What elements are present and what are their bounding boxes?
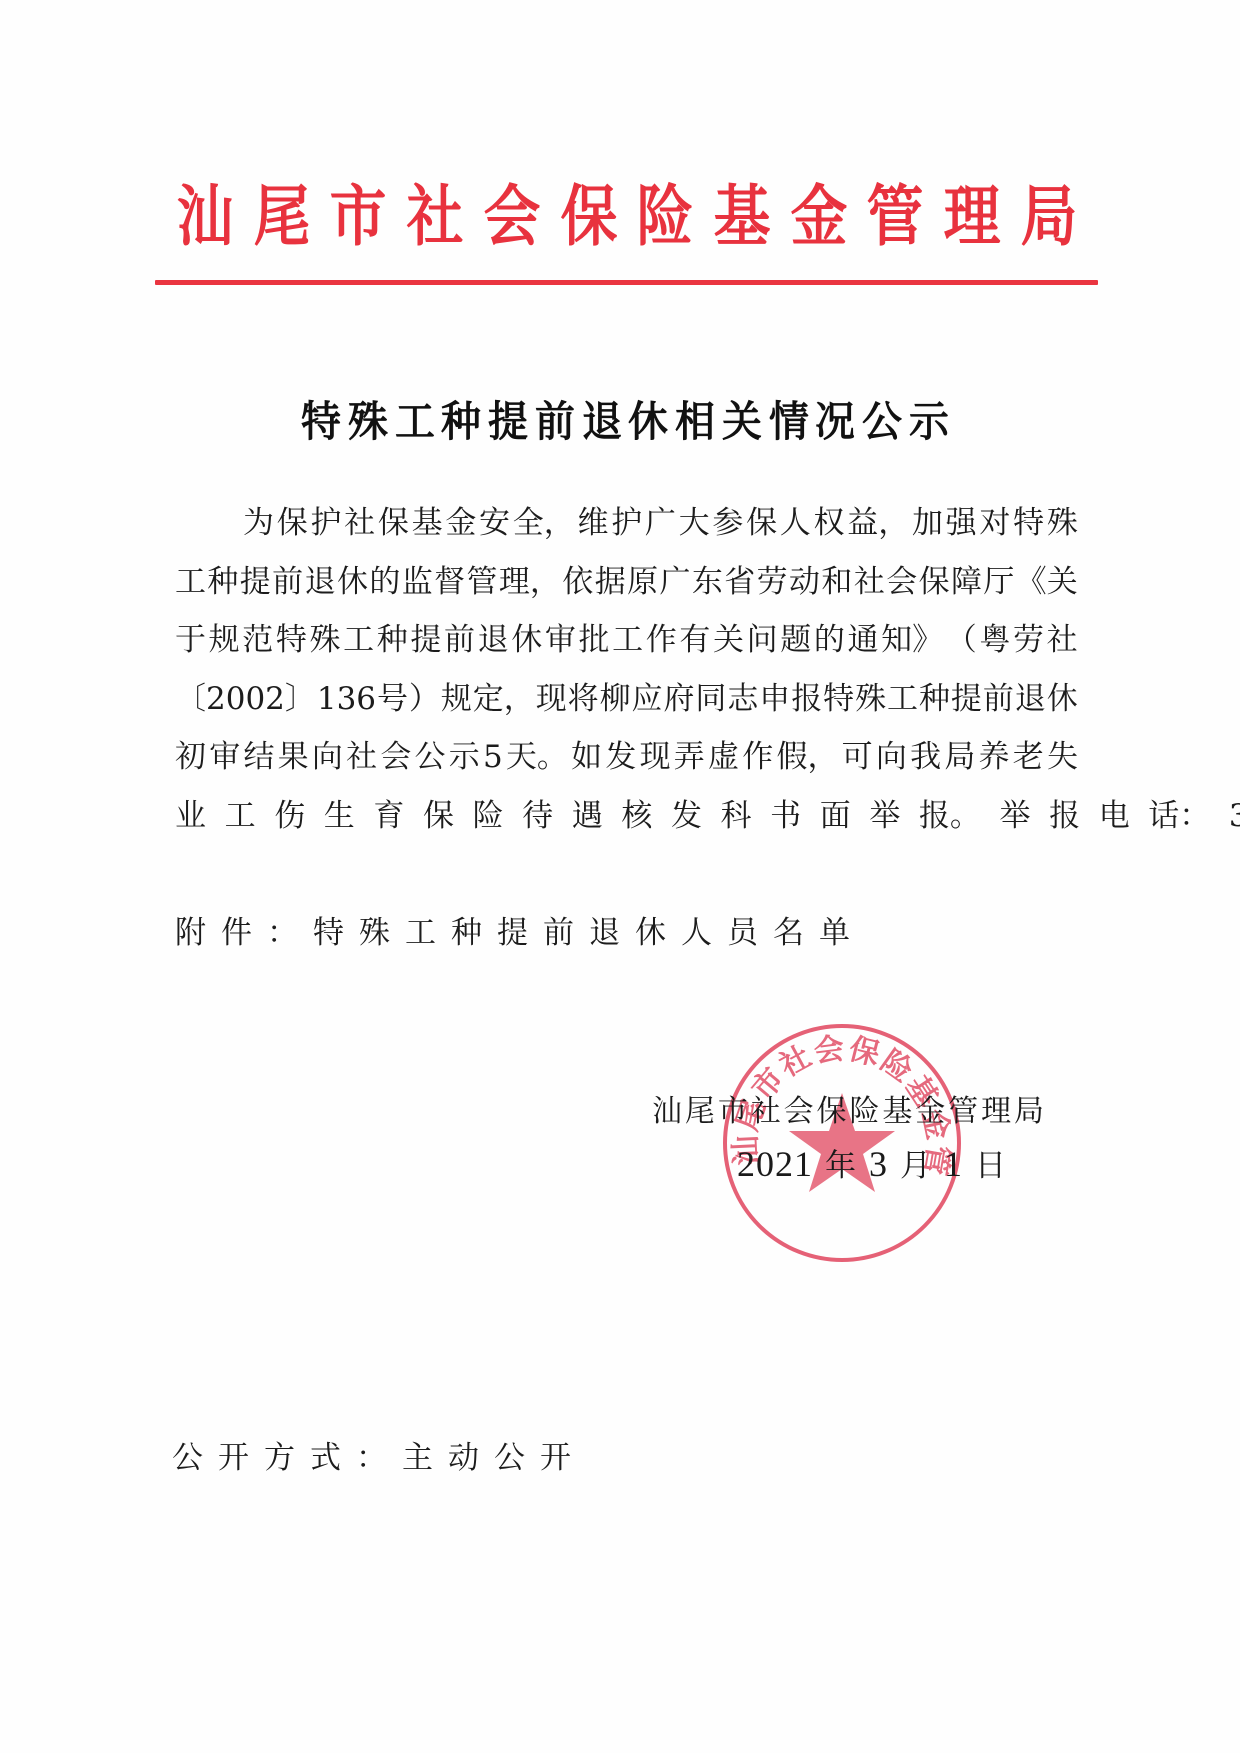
signature-char: 险: [849, 1086, 879, 1130]
masthead-char: 基: [714, 176, 771, 256]
signature-char: 管: [948, 1086, 978, 1130]
red-divider: [155, 280, 1098, 285]
masthead-char: 尾: [253, 176, 310, 256]
masthead-char: 理: [944, 176, 1001, 256]
masthead-char: 管: [867, 176, 924, 256]
masthead-char: 金: [790, 176, 847, 256]
signature-char: 会: [784, 1086, 814, 1130]
title-char: 提: [488, 389, 528, 449]
title-char: 公: [862, 389, 902, 449]
title-char: 种: [441, 389, 481, 449]
attachment-line: 附件：特殊工种提前退休人员名单: [175, 910, 865, 956]
title-char: 特: [301, 389, 341, 449]
body-line: 〔2002〕136号）规定，现将柳应府同志申报特殊工种提前退休: [175, 670, 1078, 729]
signature-date: 2021年3月1日: [737, 1142, 1007, 1186]
signature-char: 汕: [652, 1086, 682, 1130]
disclosure-method: 公开方式：主动公开: [172, 1436, 586, 1480]
masthead-char: 险: [637, 176, 694, 256]
signature-char: 社: [751, 1086, 781, 1130]
masthead-char: 汕: [177, 176, 234, 256]
title-char: 殊: [348, 389, 388, 449]
signature-char: 金: [915, 1086, 945, 1130]
title-char: 况: [815, 389, 855, 449]
title-char: 情: [769, 389, 809, 449]
signature-char: 局: [1014, 1086, 1044, 1130]
signature-char: 基: [882, 1086, 912, 1130]
body-line: 业工伤生育保险待遇核发科书面举报。举报电话：3392893: [175, 787, 1078, 846]
body-line: 工种提前退休的监督管理，依据原广东省劳动和社会保障厅《关: [175, 553, 1078, 612]
document-page: 汕尾市社会保险基金管理局 特殊工种提前退休相关情况公示 为保护社保基金安全，维护…: [0, 0, 1240, 1753]
masthead-char: 市: [330, 176, 387, 256]
body-paragraph: 为保护社保基金安全，维护广大参保人权益，加强对特殊工种提前退休的监督管理，依据原…: [175, 494, 1078, 845]
title-char: 退: [582, 389, 622, 449]
title-char: 相: [675, 389, 715, 449]
signature-char: 保: [817, 1086, 847, 1130]
body-line: 于规范特殊工种提前退休审批工作有关问题的通知》（粤劳社: [175, 611, 1078, 670]
title-char: 休: [628, 389, 668, 449]
title-char: 示: [909, 389, 949, 449]
signature-org: 汕尾市社会保险基金管理局: [652, 1086, 1044, 1130]
title-char: 前: [535, 389, 575, 449]
masthead-char: 局: [1021, 176, 1078, 256]
masthead-char: 会: [483, 176, 540, 256]
title-char: 工: [395, 389, 435, 449]
title-char: 关: [722, 389, 762, 449]
masthead-char: 社: [407, 176, 464, 256]
signature-char: 市: [718, 1086, 748, 1130]
body-line: 初审结果向社会公示5天。如发现弄虚作假，可向我局养老失: [175, 728, 1078, 787]
signature-char: 尾: [685, 1086, 715, 1130]
document-title: 特殊工种提前退休相关情况公示: [300, 384, 950, 454]
masthead-org-name: 汕尾市社会保险基金管理局: [172, 176, 1082, 256]
body-line: 为保护社保基金安全，维护广大参保人权益，加强对特殊: [175, 494, 1078, 553]
signature-char: 理: [981, 1086, 1011, 1130]
masthead-char: 保: [560, 176, 617, 256]
